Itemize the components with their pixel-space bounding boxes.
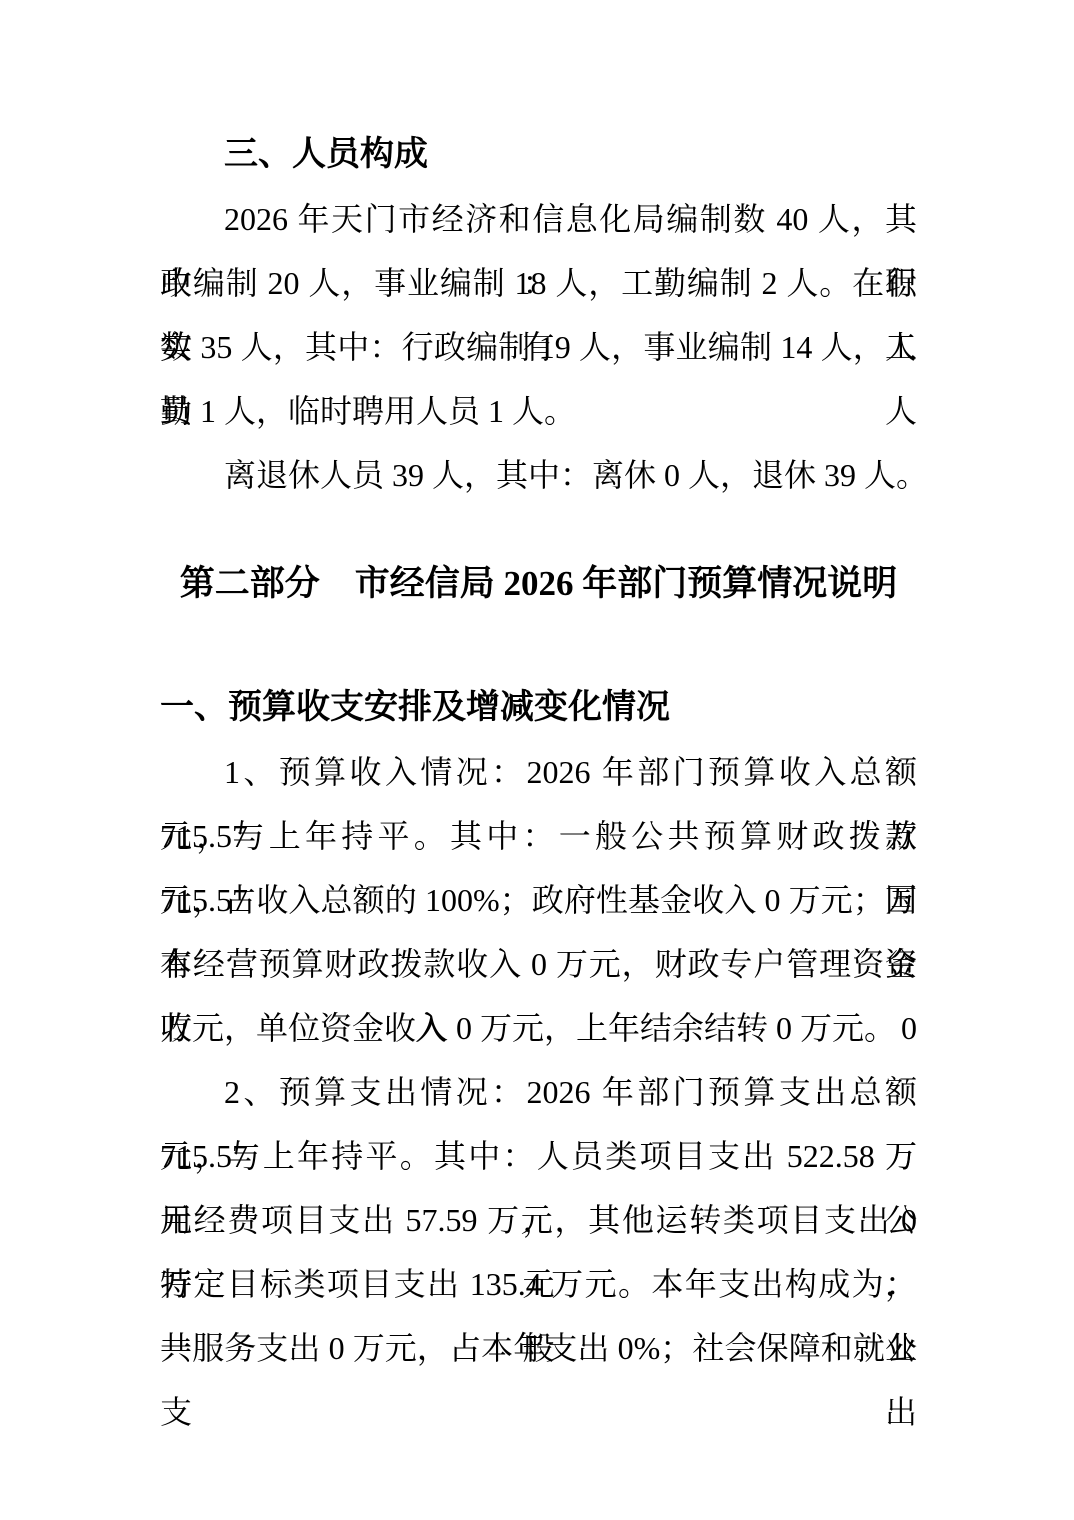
paragraph-expenditure-line: 2、预算支出情况：2026 年部门预算支出总额 715.57 万 bbox=[160, 1060, 917, 1124]
heading-budget-arrangement: 一、预算收支安排及增减变化情况 bbox=[160, 676, 917, 740]
paragraph-income-line: 1、预算收入情况：2026 年部门预算收入总额 715.57 万 bbox=[160, 740, 917, 804]
paragraph-income-line: 元，占收入总额的 100%；政府性基金收入 0 万元；国有资 bbox=[160, 868, 917, 932]
text-column: 三、人员构成 2026 年天门市经济和信息化局编制数 40 人，其中：行 政编制… bbox=[160, 123, 917, 1380]
paragraph-staffing-line: 数 35 人，其中：行政编制 19 人，事业编制 14 人，工勤人 bbox=[160, 315, 917, 379]
heading-part-two: 第二部分 市经信局 2026 年部门预算情况说明 bbox=[160, 552, 917, 616]
paragraph-expenditure-line: 元，与上年持平。其中：人员类项目支出 522.58 万元，公 bbox=[160, 1124, 917, 1188]
paragraph-expenditure-line: 共服务支出 0 万元，占本年支出 0%；社会保障和就业支出 bbox=[160, 1316, 917, 1380]
paragraph-expenditure-line: 用经费项目支出 57.59 万元，其他运转类项目支出 0 万元， bbox=[160, 1188, 917, 1252]
paragraph-expenditure-line: 特定目标类项目支出 135.4 万元。本年支出构成为：一般公 bbox=[160, 1252, 917, 1316]
heading-personnel-composition: 三、人员构成 bbox=[160, 123, 917, 187]
document-page: 三、人员构成 2026 年天门市经济和信息化局编制数 40 人，其中：行 政编制… bbox=[0, 0, 1074, 1520]
paragraph-staffing-line: 2026 年天门市经济和信息化局编制数 40 人，其中：行 bbox=[160, 187, 917, 251]
paragraph-income-line: 元，与上年持平。其中：一般公共预算财政拨款 715.57 万 bbox=[160, 804, 917, 868]
paragraph-staffing-line: 政编制 20 人，事业编制 18 人，工勤编制 2 人。在职实有人 bbox=[160, 251, 917, 315]
paragraph-retirees: 离退休人员 39 人，其中：离休 0 人，退休 39 人。 bbox=[160, 443, 917, 507]
paragraph-income-line: 本经营预算财政拨款收入 0 万元，财政专户管理资金收入 0 bbox=[160, 932, 917, 996]
paragraph-income-line: 万元，单位资金收入 0 万元，上年结余结转 0 万元。 bbox=[160, 996, 917, 1060]
